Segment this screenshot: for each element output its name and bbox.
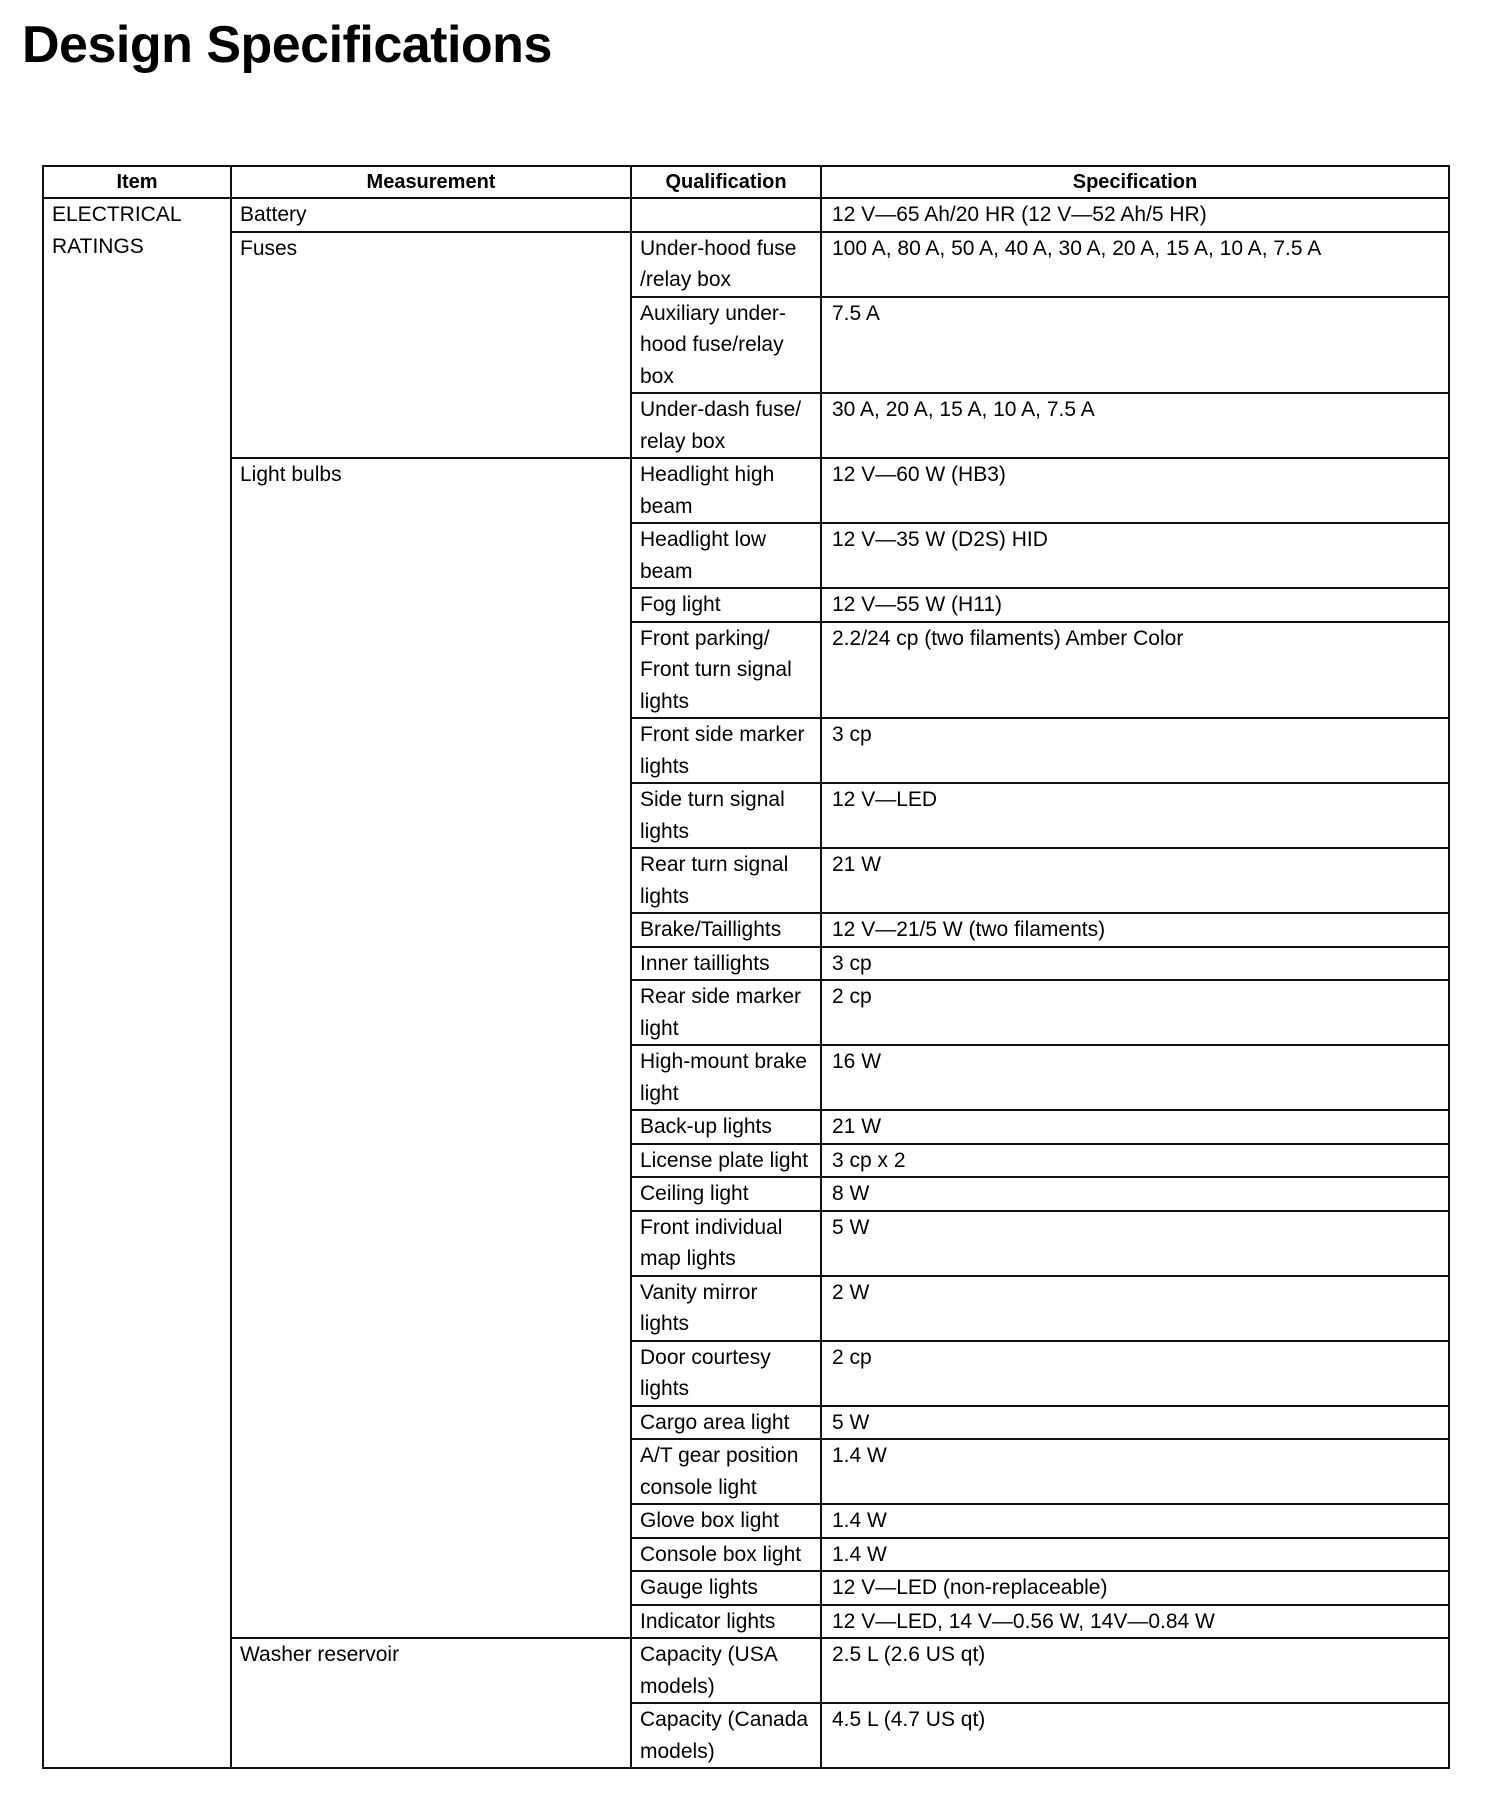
qualification-cell: Front parking/ Front turn signal lights bbox=[631, 622, 821, 719]
qualification-cell: Capacity (Canada models) bbox=[631, 1703, 821, 1768]
specification-cell: 2.2/24 cp (two filaments) Amber Color bbox=[821, 622, 1449, 719]
specification-cell: 21 W bbox=[821, 848, 1449, 913]
specification-cell: 1.4 W bbox=[821, 1504, 1449, 1538]
qualification-cell: Under-hood fuse /relay box bbox=[631, 232, 821, 297]
qualification-cell: Side turn signal lights bbox=[631, 783, 821, 848]
qualification-cell: Glove box light bbox=[631, 1504, 821, 1538]
qualification-cell: Front individual map lights bbox=[631, 1211, 821, 1276]
qualification-cell: Rear turn signal lights bbox=[631, 848, 821, 913]
specification-cell: 21 W bbox=[821, 1110, 1449, 1144]
qualification-cell: Vanity mirror lights bbox=[631, 1276, 821, 1341]
qualification-cell bbox=[631, 198, 821, 232]
specification-cell: 12 V—60 W (HB3) bbox=[821, 458, 1449, 523]
qualification-cell: Front side marker lights bbox=[631, 718, 821, 783]
item-cell: ELECTRICAL RATINGS bbox=[43, 198, 231, 1768]
measurement-cell: Battery bbox=[231, 198, 631, 232]
qualification-cell: Fog light bbox=[631, 588, 821, 622]
qualification-cell: Under-dash fuse/ relay box bbox=[631, 393, 821, 458]
column-header-specification: Specification bbox=[821, 166, 1449, 198]
qualification-cell: Brake/Taillights bbox=[631, 913, 821, 947]
specification-cell: 12 V—55 W (H11) bbox=[821, 588, 1449, 622]
specification-cell: 3 cp x 2 bbox=[821, 1144, 1449, 1178]
qualification-cell: A/T gear position console light bbox=[631, 1439, 821, 1504]
specification-cell: 12 V—LED bbox=[821, 783, 1449, 848]
qualification-cell: Back-up lights bbox=[631, 1110, 821, 1144]
qualification-cell: Headlight low beam bbox=[631, 523, 821, 588]
qualification-cell: Headlight high beam bbox=[631, 458, 821, 523]
specification-cell: 5 W bbox=[821, 1406, 1449, 1440]
qualification-cell: Capacity (USA models) bbox=[631, 1638, 821, 1703]
table-body: ELECTRICAL RATINGSBattery12 V—65 Ah/20 H… bbox=[43, 198, 1449, 1768]
measurement-cell: Fuses bbox=[231, 232, 631, 459]
design-specifications-table: Item Measurement Qualification Specifica… bbox=[42, 165, 1450, 1769]
qualification-cell: Auxiliary under-hood fuse/relay box bbox=[631, 297, 821, 394]
qualification-cell: Console box light bbox=[631, 1538, 821, 1572]
specification-cell: 1.4 W bbox=[821, 1538, 1449, 1572]
specification-cell: 3 cp bbox=[821, 718, 1449, 783]
table-row: FusesUnder-hood fuse /relay box100 A, 80… bbox=[43, 232, 1449, 297]
specification-cell: 16 W bbox=[821, 1045, 1449, 1110]
measurement-cell: Light bulbs bbox=[231, 458, 631, 1638]
specification-cell: 2.5 L (2.6 US qt) bbox=[821, 1638, 1449, 1703]
specification-cell: 3 cp bbox=[821, 947, 1449, 981]
specification-cell: 1.4 W bbox=[821, 1439, 1449, 1504]
qualification-cell: Indicator lights bbox=[631, 1605, 821, 1639]
specification-cell: 2 cp bbox=[821, 980, 1449, 1045]
qualification-cell: High-mount brake light bbox=[631, 1045, 821, 1110]
specification-cell: 2 W bbox=[821, 1276, 1449, 1341]
specification-cell: 8 W bbox=[821, 1177, 1449, 1211]
specification-cell: 12 V—LED (non-replaceable) bbox=[821, 1571, 1449, 1605]
specification-cell: 7.5 A bbox=[821, 297, 1449, 394]
column-header-qualification: Qualification bbox=[631, 166, 821, 198]
specification-cell: 2 cp bbox=[821, 1341, 1449, 1406]
specification-cell: 30 A, 20 A, 15 A, 10 A, 7.5 A bbox=[821, 393, 1449, 458]
table-row: Light bulbsHeadlight high beam12 V—60 W … bbox=[43, 458, 1449, 523]
page-title: Design Specifications bbox=[22, 10, 552, 80]
specification-cell: 12 V—21/5 W (two filaments) bbox=[821, 913, 1449, 947]
column-header-measurement: Measurement bbox=[231, 166, 631, 198]
table-row: Washer reservoirCapacity (USA models)2.5… bbox=[43, 1638, 1449, 1703]
qualification-cell: License plate light bbox=[631, 1144, 821, 1178]
qualification-cell: Cargo area light bbox=[631, 1406, 821, 1440]
table-row: ELECTRICAL RATINGSBattery12 V—65 Ah/20 H… bbox=[43, 198, 1449, 232]
qualification-cell: Inner taillights bbox=[631, 947, 821, 981]
specification-cell: 5 W bbox=[821, 1211, 1449, 1276]
qualification-cell: Door courtesy lights bbox=[631, 1341, 821, 1406]
specification-cell: 12 V—35 W (D2S) HID bbox=[821, 523, 1449, 588]
table-header-row: Item Measurement Qualification Specifica… bbox=[43, 166, 1449, 198]
qualification-cell: Gauge lights bbox=[631, 1571, 821, 1605]
specification-cell: 12 V—LED, 14 V—0.56 W, 14V—0.84 W bbox=[821, 1605, 1449, 1639]
specification-cell: 4.5 L (4.7 US qt) bbox=[821, 1703, 1449, 1768]
specification-cell: 12 V—65 Ah/20 HR (12 V—52 Ah/5 HR) bbox=[821, 198, 1449, 232]
qualification-cell: Rear side marker light bbox=[631, 980, 821, 1045]
column-header-item: Item bbox=[43, 166, 231, 198]
specification-cell: 100 A, 80 A, 50 A, 40 A, 30 A, 20 A, 15 … bbox=[821, 232, 1449, 297]
qualification-cell: Ceiling light bbox=[631, 1177, 821, 1211]
measurement-cell: Washer reservoir bbox=[231, 1638, 631, 1768]
